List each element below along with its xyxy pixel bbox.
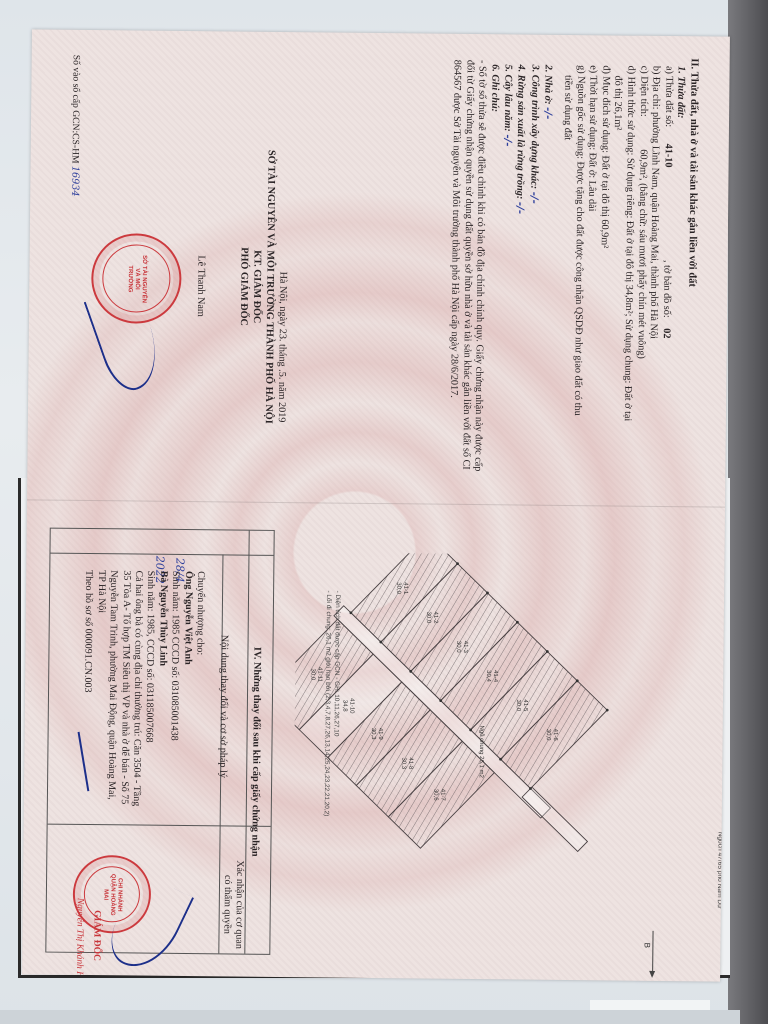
map-sheet-number: 02 <box>661 328 672 338</box>
approval-col-header: Xác nhận của cơ quan có thẩm quyền <box>214 859 245 949</box>
parcel-diagram: 41-130,041-230,041-330,041-430,441-530,0… <box>293 552 666 876</box>
parcel-number: 41-10 <box>662 144 673 168</box>
sleeve-edge <box>0 1010 740 1024</box>
svg-text:41-130,0: 41-130,0 <box>395 582 408 595</box>
svg-text:41-330,0: 41-330,0 <box>455 641 468 654</box>
registration-value: 16934 <box>69 166 80 197</box>
road <box>522 787 588 852</box>
parcel-label: a) Thửa đất số: <box>663 66 675 127</box>
construction-dash: -/- <box>528 192 540 204</box>
background-surface <box>728 0 768 1024</box>
svg-text:41-230,0: 41-230,0 <box>425 611 438 624</box>
house-dash: -/- <box>543 107 555 119</box>
notes-text: - Số tờ số thửa sẽ được điều chỉnh khi c… <box>446 56 488 486</box>
area-label: c) Diện tích: <box>638 66 650 117</box>
land-use-certificate: Số vào sổ cấp GCN:CS-HM 16934 II. Thửa đ… <box>22 29 730 981</box>
fold-line <box>27 499 725 507</box>
diagram-notes: - Diện tích đất được cấp GCN - GH: 10,11… <box>299 590 342 890</box>
perennial-dash: -/- <box>501 134 513 146</box>
perennial-label: 5. Cây lâu năm: <box>502 64 514 131</box>
svg-text:41-830,3: 41-830,3 <box>400 757 413 770</box>
branch-stamp-text: CHI NHÁNH QUẬN HOÀNG MAI <box>101 872 122 916</box>
approver-name: Nguyễn Thị Khánh Hương <box>70 898 85 982</box>
parcel-map: 41-130,041-230,041-330,041-430,441-530,0… <box>293 552 666 876</box>
svg-text:41-930,3: 41-930,3 <box>370 728 383 741</box>
svg-text:41-630,0: 41-630,0 <box>545 729 558 742</box>
north-arrow-icon <box>652 931 653 976</box>
svg-text:41-430,4: 41-430,4 <box>485 670 498 683</box>
forest-dash: -/- <box>514 202 526 214</box>
construction-label: 3. Công trình xây dựng khác: <box>528 65 540 190</box>
signer-name: Lê Thanh Nam <box>192 71 210 501</box>
registration-label: Số vào sổ cấp GCN:CS-HM <box>70 55 82 164</box>
svg-text:41-530,0: 41-530,0 <box>515 699 528 712</box>
section-land-info: II. Thửa đất, nhà ở và tài sản khác gắn … <box>455 56 699 488</box>
change-content: Chuyển nhượng cho:Ông Nguyễn Việt AnhSin… <box>53 570 206 872</box>
forest-label: 4. Rừng sản xuất là rừng trồng: <box>514 64 526 199</box>
registration-number: Số vào sổ cấp GCN:CS-HM 16934 <box>59 55 82 355</box>
north-label: B <box>643 943 652 948</box>
svg-text:41-730,6: 41-730,6 <box>432 789 445 802</box>
map-sheet-label: , tờ bản đồ số: <box>661 260 673 318</box>
area-value: 60,9m², (bằng chữ: sáu mươi phẩy chín mé… <box>635 149 648 359</box>
approver-title: GIÁM ĐỐC <box>90 910 103 982</box>
house-label: 2. Nhà ở: <box>543 65 554 105</box>
